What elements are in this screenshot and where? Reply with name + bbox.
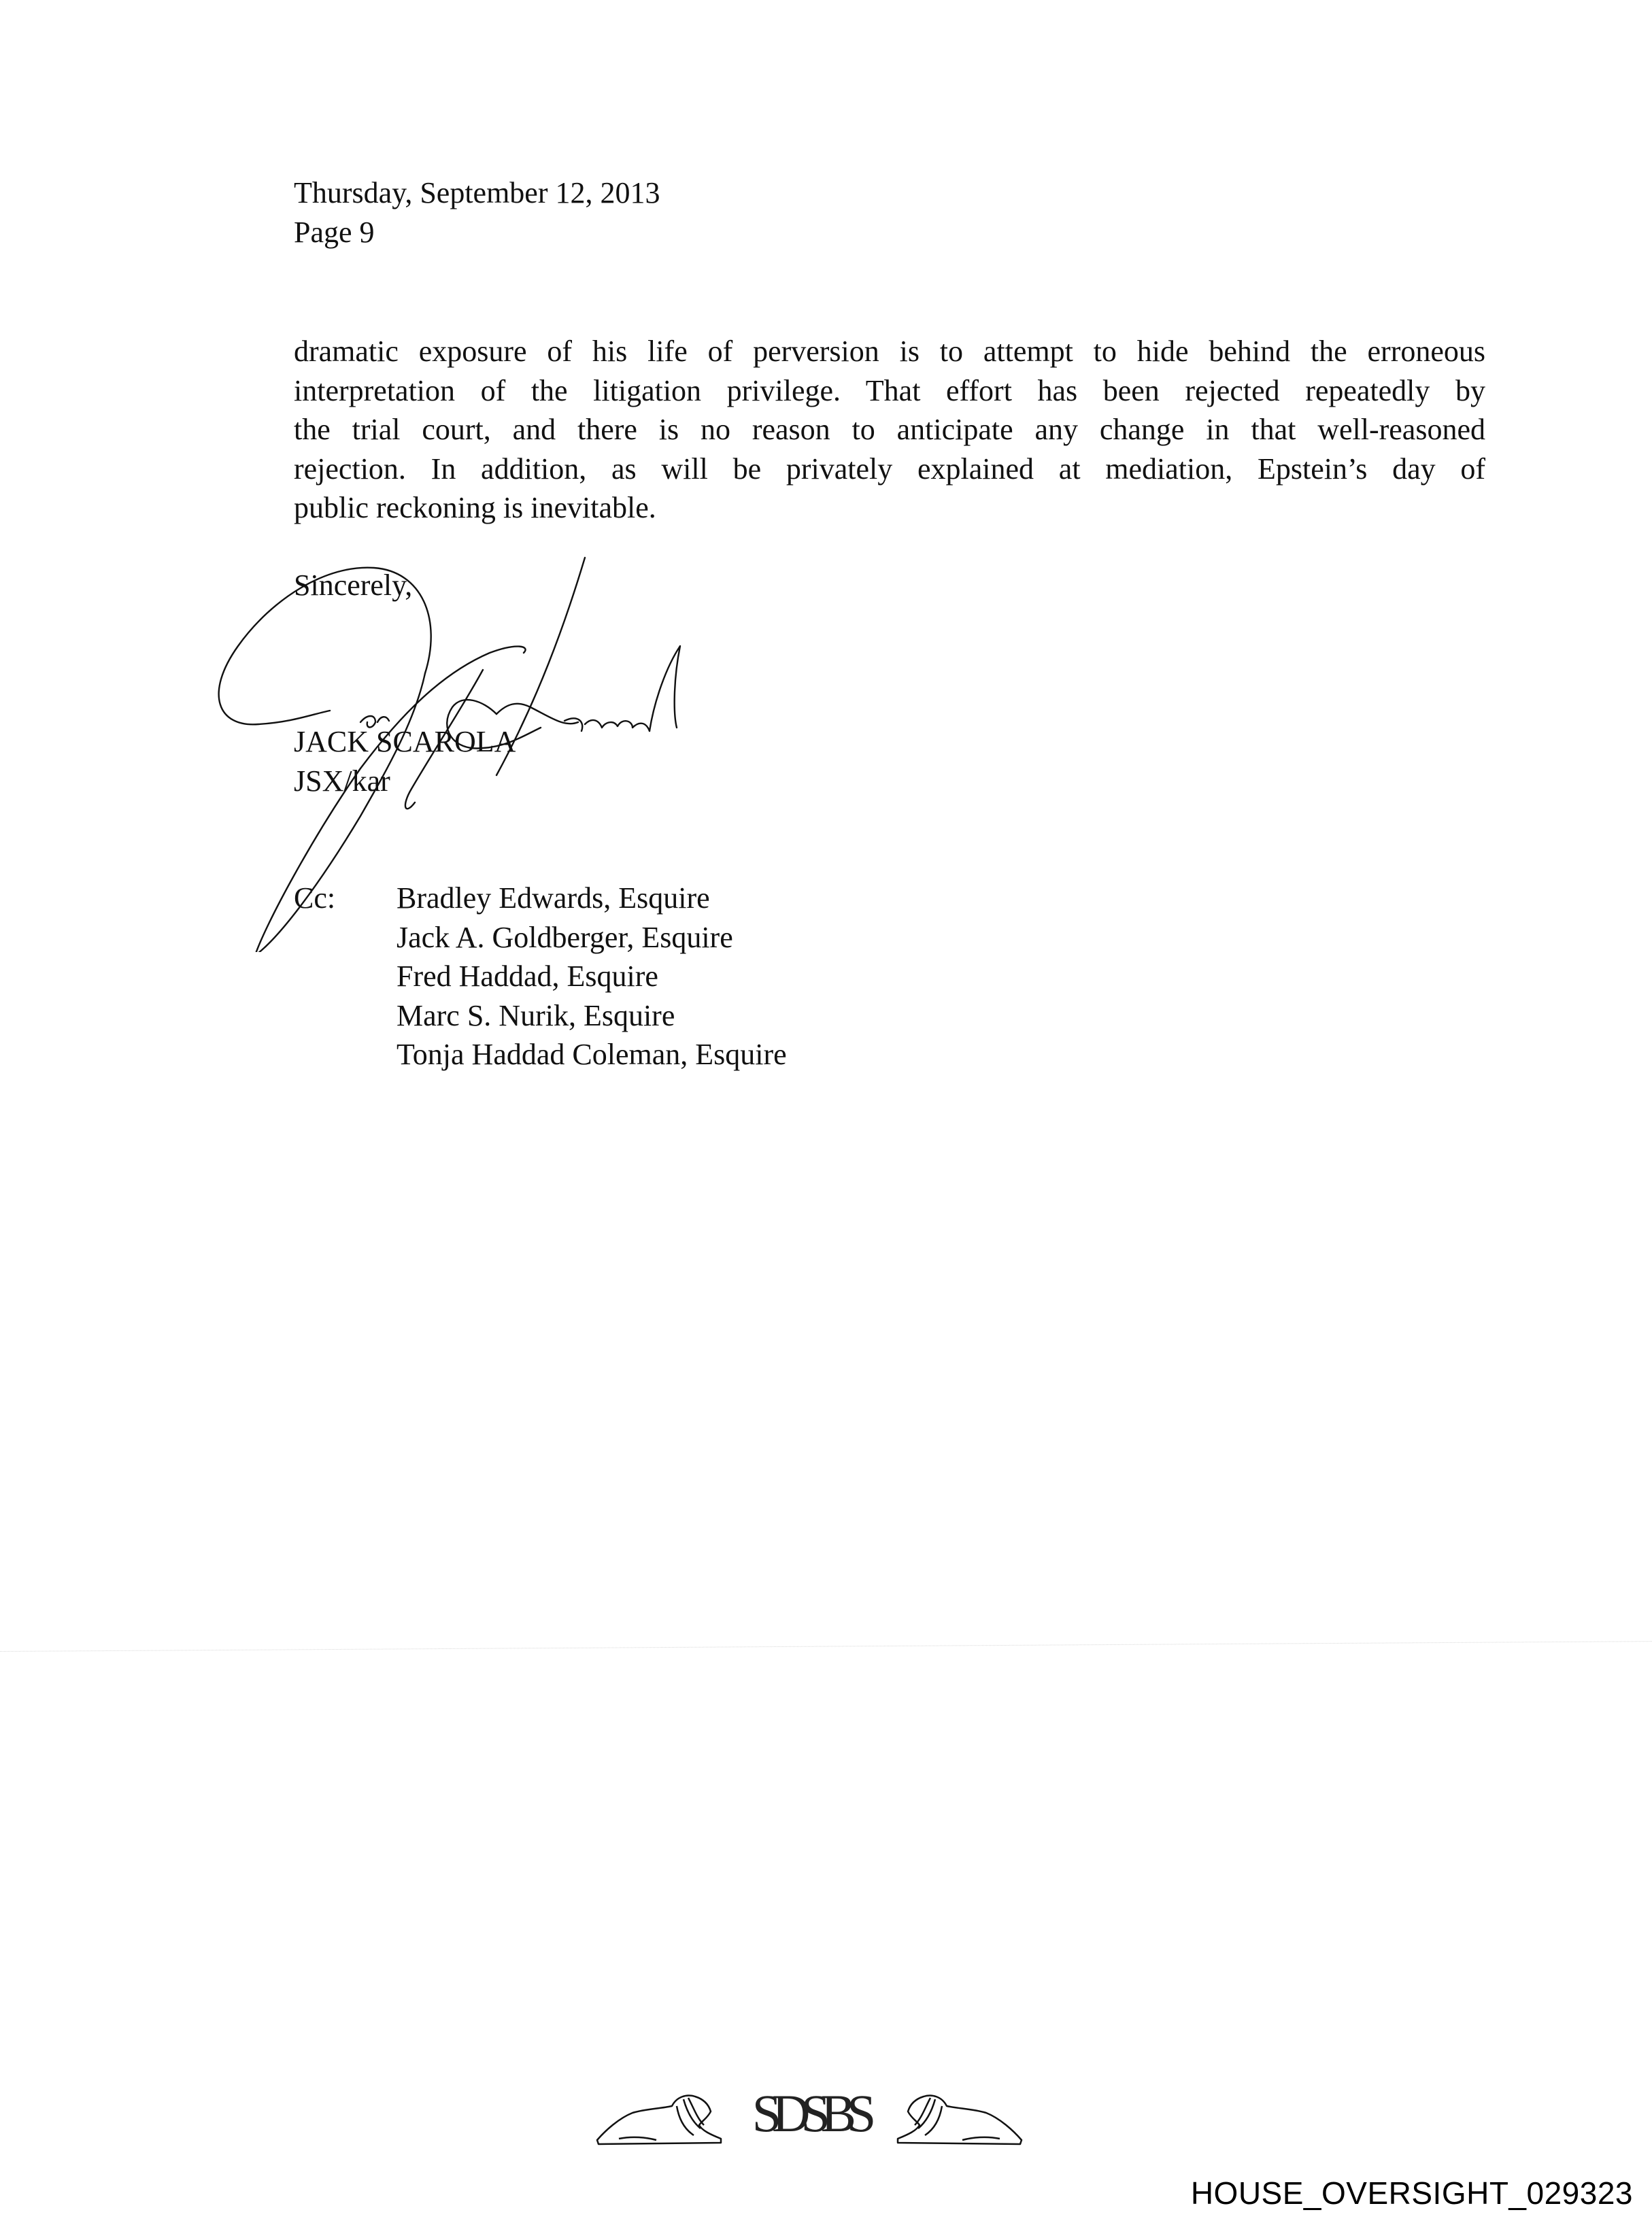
page-number: Page 9 bbox=[294, 213, 660, 252]
cc-recipient: Bradley Edwards, Esquire bbox=[397, 879, 787, 918]
body-line: the trial court, and there is no reason … bbox=[294, 410, 1485, 449]
letter-header: Thursday, September 12, 2013 Page 9 bbox=[294, 173, 660, 252]
bates-number: HOUSE_OVERSIGHT_029323 bbox=[1191, 2175, 1633, 2211]
cc-recipient: Marc S. Nurik, Esquire bbox=[397, 996, 787, 1036]
lion-icon bbox=[891, 2091, 1027, 2145]
cc-recipient-list: Bradley Edwards, Esquire Jack A. Goldber… bbox=[397, 879, 787, 1074]
cc-recipient: Jack A. Goldberger, Esquire bbox=[397, 918, 787, 957]
firm-monogram: SDSBS bbox=[752, 2083, 867, 2144]
signer-name: JACK SCAROLA bbox=[294, 722, 516, 762]
cc-recipient: Fred Haddad, Esquire bbox=[397, 957, 787, 996]
closing-salutation: Sincerely, bbox=[294, 566, 412, 605]
scan-artifact-divider bbox=[0, 1641, 1652, 1652]
lion-icon bbox=[592, 2091, 728, 2145]
body-line: rejection. In addition, as will be priva… bbox=[294, 449, 1485, 489]
reference-initials: JSX/kar bbox=[294, 762, 390, 801]
body-line: public reckoning is inevitable. bbox=[294, 488, 1485, 528]
firm-logo: SDSBS bbox=[592, 2077, 1027, 2149]
body-line: interpretation of the litigation privile… bbox=[294, 371, 1485, 411]
letter-page: Thursday, September 12, 2013 Page 9 dram… bbox=[0, 0, 1652, 2223]
letter-date: Thursday, September 12, 2013 bbox=[294, 173, 660, 213]
letter-body: dramatic exposure of his life of pervers… bbox=[294, 332, 1485, 528]
cc-label: Cc: bbox=[294, 879, 335, 918]
cc-recipient: Tonja Haddad Coleman, Esquire bbox=[397, 1035, 787, 1074]
body-line: dramatic exposure of his life of pervers… bbox=[294, 332, 1485, 371]
